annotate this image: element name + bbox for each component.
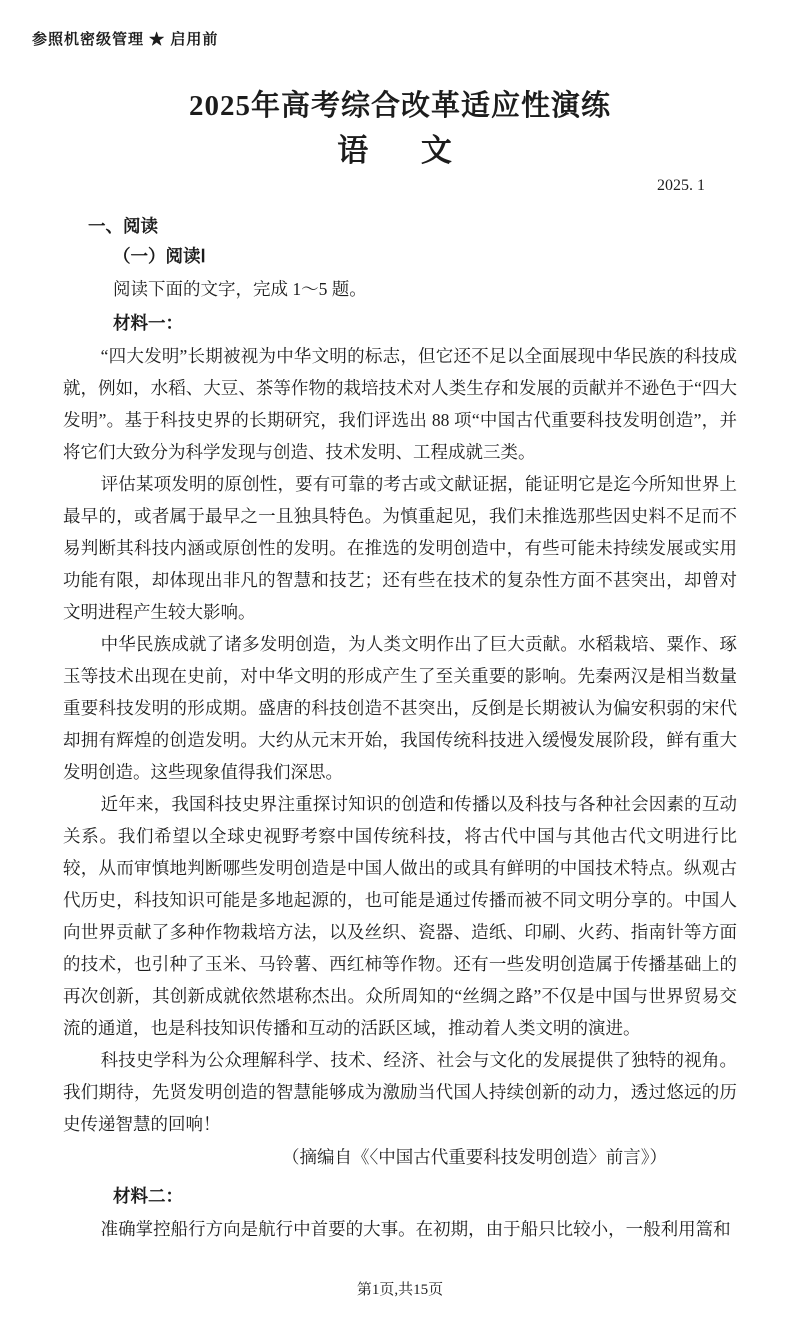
exam-title: 2025年高考综合改革适应性演练 bbox=[0, 88, 800, 124]
exam-page: 参照机密级管理 ★ 启用前 2025年高考综合改革适应性演练 语 文 2025.… bbox=[0, 0, 800, 1317]
material1-paragraph-4: 近年来，我国科技史界注重探讨知识的创造和传播以及科技与各种社会因素的互动关系。我… bbox=[63, 788, 737, 1044]
material1-paragraph-3: 中华民族成就了诸多发明创造，为人类文明作出了巨大贡献。水稻栽培、粟作、琢玉等技术… bbox=[63, 628, 737, 788]
exam-subject: 语 文 bbox=[0, 132, 800, 171]
page-number: 第1页,共15页 bbox=[0, 1278, 800, 1299]
reading-instruction: 阅读下面的文字，完成 1～5 题。 bbox=[63, 271, 737, 307]
material1-paragraph-1: “四大发明”长期被视为中华文明的标志，但它还不足以全面展现中华民族的科技成就，例… bbox=[63, 340, 737, 468]
material1-paragraph-5: 科技史学科为公众理解科学、技术、经济、社会与文化的发展提供了独特的视角。我们期待… bbox=[63, 1044, 737, 1140]
section-heading-reading: 一、阅读 bbox=[63, 211, 737, 241]
subsection-heading-reading-1: （一）阅读Ⅰ bbox=[63, 241, 737, 271]
security-note: 参照机密级管理 ★ 启用前 bbox=[32, 28, 218, 49]
exam-content: 一、阅读 （一）阅读Ⅰ 阅读下面的文字，完成 1～5 题。 材料一： “四大发明… bbox=[0, 211, 800, 1245]
material1-label: 材料一： bbox=[63, 307, 737, 340]
material2-label: 材料二： bbox=[63, 1180, 737, 1213]
material1-paragraph-2: 评估某项发明的原创性，要有可靠的考古或文献证据，能证明它是迄今所知世界上最早的，… bbox=[63, 468, 737, 628]
exam-date: 2025. 1 bbox=[0, 175, 800, 197]
material1-source: （摘编自《〈中国古代重要科技发明创造〉前言》） bbox=[63, 1140, 737, 1174]
material2-paragraph-1: 准确掌控船行方向是航行中首要的大事。在初期，由于船只比较小，一般利用篙和 bbox=[63, 1213, 737, 1245]
